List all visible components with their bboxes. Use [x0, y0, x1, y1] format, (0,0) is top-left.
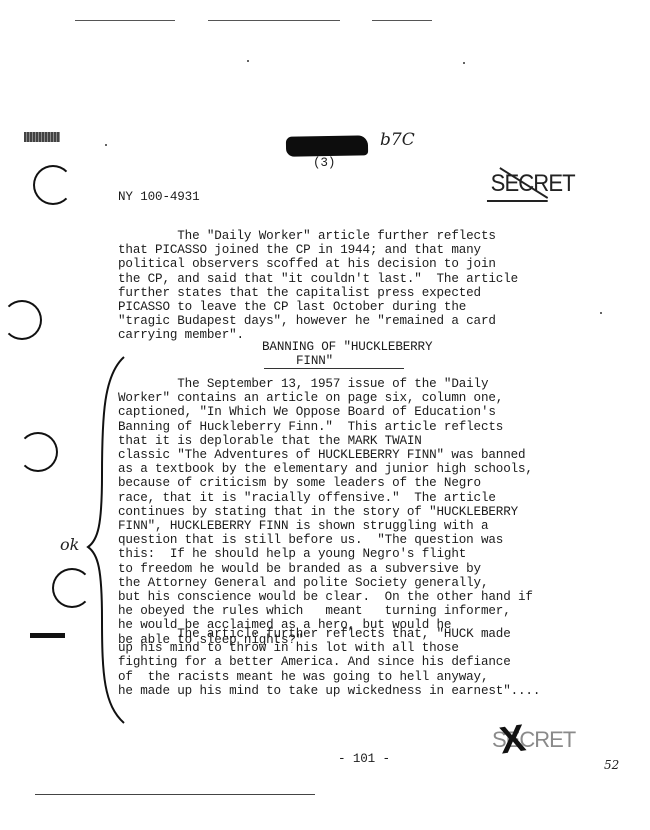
- cross-out-mark: X: [497, 718, 527, 764]
- text-line: because of criticism by some leaders of …: [118, 476, 533, 490]
- scan-artifact: [24, 132, 60, 142]
- text-line: that PICASSO joined the CP in 1944; and …: [118, 243, 518, 257]
- text-line: Banning of Huckleberry Finn." This artic…: [118, 420, 533, 434]
- underline-mark: [487, 200, 548, 202]
- scan-border-line: [208, 20, 340, 21]
- classification-stamp-top: SECRET: [491, 170, 575, 198]
- text-line: classic "The Adventures of HUCKLEBERRY F…: [118, 448, 533, 462]
- text-line: he obeyed the rules which meant turning …: [118, 604, 533, 618]
- text-line: fighting for a better America. And since…: [118, 655, 540, 669]
- text-line: Worker" contains an article on page six,…: [118, 391, 533, 405]
- page-marker: (3): [313, 156, 335, 170]
- scan-speck: [105, 144, 107, 146]
- heading-underline: [264, 368, 404, 369]
- text-line: The "Daily Worker" article further refle…: [118, 229, 518, 243]
- text-line: further states that the capitalist press…: [118, 286, 518, 300]
- margin-annotation: ok: [60, 535, 79, 554]
- text-line: this: If he should help a young Negro's …: [118, 547, 533, 561]
- text-line: as a textbook by the elementary and juni…: [118, 462, 533, 476]
- text-line: race, that it is "racially offensive." T…: [118, 491, 533, 505]
- page-number: - 101 -: [338, 752, 390, 766]
- paragraph-picasso: The "Daily Worker" article further refle…: [118, 229, 518, 343]
- text-line: question that is still before us. "The q…: [118, 533, 533, 547]
- punch-hole-mark: [33, 165, 73, 205]
- scan-border-line: [75, 20, 175, 21]
- text-line: PICASSO to leave the CP last October dur…: [118, 300, 518, 314]
- paragraph-huck-decision: The article further reflects that, "HUCK…: [118, 627, 540, 698]
- section-heading-line-1: BANNING OF "HUCKLEBERRY: [262, 340, 432, 354]
- scan-border-line: [35, 794, 315, 795]
- text-line: the Attorney General and polite Society …: [118, 576, 533, 590]
- text-line: of the racists meant he was going to hel…: [118, 670, 540, 684]
- text-line: to freedom he would be branded as a subv…: [118, 562, 533, 576]
- paragraph-huck-finn-ban: The September 13, 1957 issue of the "Dai…: [118, 377, 533, 647]
- text-line: but his conscience would be clear. On th…: [118, 590, 533, 604]
- scan-border-line: [372, 20, 432, 21]
- text-line: political observers scoffed at his decis…: [118, 257, 518, 271]
- scan-speck: [247, 60, 249, 62]
- punch-hole-mark: [2, 300, 42, 340]
- text-line: up his mind to throw in his lot with all…: [118, 641, 540, 655]
- text-line: captioned, "In Which We Oppose Board of …: [118, 405, 533, 419]
- text-line: "tragic Budapest days", however he "rema…: [118, 314, 518, 328]
- text-line: the CP, and said that "it couldn't last.…: [118, 272, 518, 286]
- file-number: NY 100-4931: [118, 190, 199, 204]
- classification-stamp-bottom: SECRET X: [492, 727, 575, 753]
- classification-label: SECRET: [491, 170, 575, 197]
- scan-artifact: [30, 633, 65, 638]
- scan-speck: [463, 62, 465, 64]
- text-line: that it is deplorable that the MARK TWAI…: [118, 434, 533, 448]
- text-line: FINN", HUCKLEBERRY FINN is shown struggl…: [118, 519, 533, 533]
- punch-hole-mark: [18, 432, 58, 472]
- corner-annotation: 52: [604, 758, 619, 772]
- text-line: continues by stating that in the story o…: [118, 505, 533, 519]
- scan-speck: [600, 312, 602, 314]
- text-line: The article further reflects that, "HUCK…: [118, 627, 540, 641]
- text-line: The September 13, 1957 issue of the "Dai…: [118, 377, 533, 391]
- text-line: he made up his mind to take up wickednes…: [118, 684, 540, 698]
- section-heading-line-2: FINN": [296, 354, 333, 368]
- redaction-block: [286, 135, 368, 156]
- handwritten-exemption-code: b7C: [380, 130, 415, 150]
